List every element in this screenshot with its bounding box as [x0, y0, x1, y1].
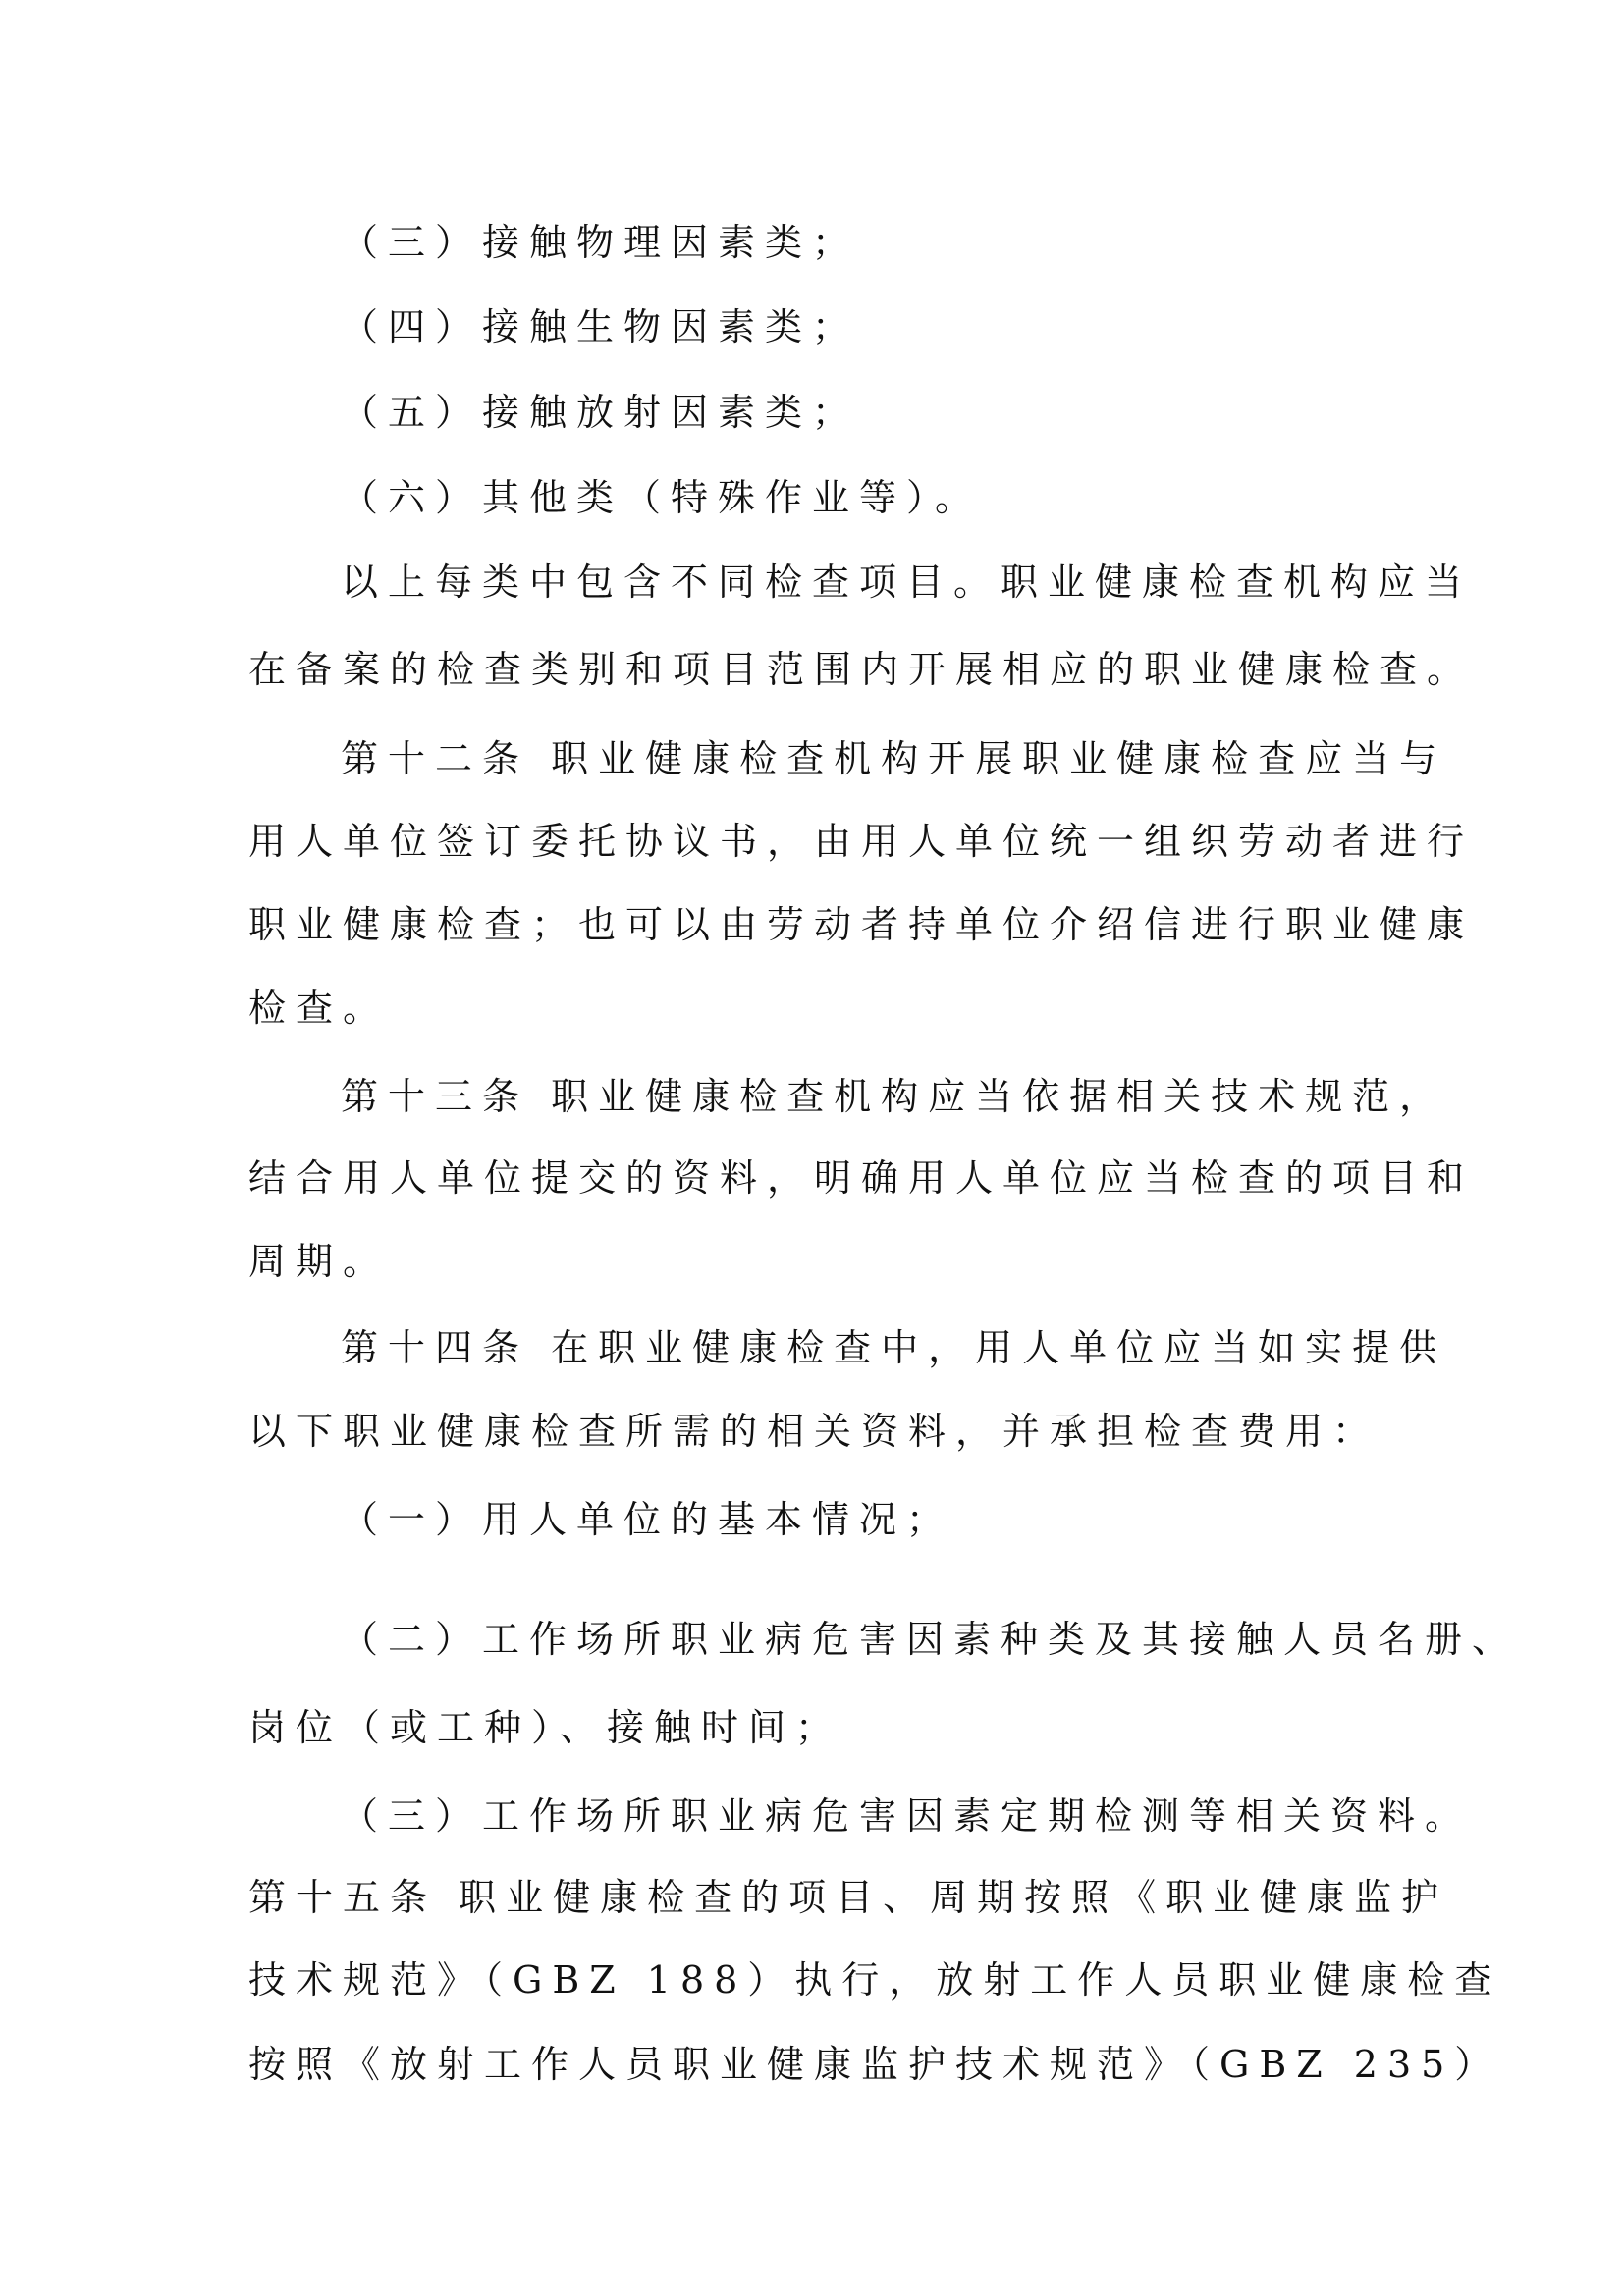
list-item-physical-factors: （三）接触物理因素类；: [341, 220, 859, 265]
paragraph-line: 岗位（或工种）、接触时间；: [248, 1705, 842, 1750]
paragraph-line: 周期。: [248, 1239, 390, 1284]
paragraph-line: 以上每类中包含不同检查项目。职业健康检查机构应当: [341, 560, 1472, 605]
list-item-biological-factors: （四）接触生物因素类；: [341, 304, 859, 349]
list-item-other-categories: （六）其他类（特殊作业等）。: [341, 475, 982, 520]
paragraph-line: 职业健康检查；也可以由劳动者持单位介绍信进行职业健康: [248, 902, 1474, 947]
article-14-heading-line: 第十四条 在职业健康检查中，用人单位应当如实提供: [341, 1325, 1446, 1370]
list-item-basic-info: （一）用人单位的基本情况；: [341, 1497, 953, 1542]
document-page: （三）接触物理因素类； （四）接触生物因素类； （五）接触放射因素类； （六）其…: [0, 0, 1624, 2296]
list-item-radiation-factors: （五）接触放射因素类；: [341, 390, 859, 435]
paragraph-line: 结合用人单位提交的资料，明确用人单位应当检查的项目和: [248, 1155, 1474, 1201]
paragraph-line: 检查。: [248, 986, 390, 1031]
article-13-heading-line: 第十三条 职业健康检查机构应当依据相关技术规范，: [341, 1074, 1446, 1119]
paragraph-line: 按照《放射工作人员职业健康监护技术规范》（GBZ 235）: [248, 2042, 1501, 2087]
paragraph-line: 在备案的检查类别和项目范围内开展相应的职业健康检查。: [248, 647, 1474, 692]
paragraph-line: 以下职业健康检查所需的相关资料，并承担检查费用：: [248, 1409, 1380, 1454]
list-item-hazard-factors: （二）工作场所职业病危害因素种类及其接触人员名册、: [341, 1617, 1519, 1662]
article-12-heading-line: 第十二条 职业健康检查机构开展职业健康检查应当与: [341, 736, 1446, 781]
paragraph-line: 用人单位签订委托协议书，由用人单位统一组织劳动者进行: [248, 819, 1474, 864]
article-15-heading-line: 第十五条 职业健康检查的项目、周期按照《职业健康监护: [248, 1875, 1448, 1920]
paragraph-line: 技术规范》（GBZ 188）执行，放射工作人员职业健康检查: [248, 1957, 1501, 2002]
list-item-periodic-testing: （三）工作场所职业病危害因素定期检测等相关资料。: [341, 1793, 1472, 1839]
